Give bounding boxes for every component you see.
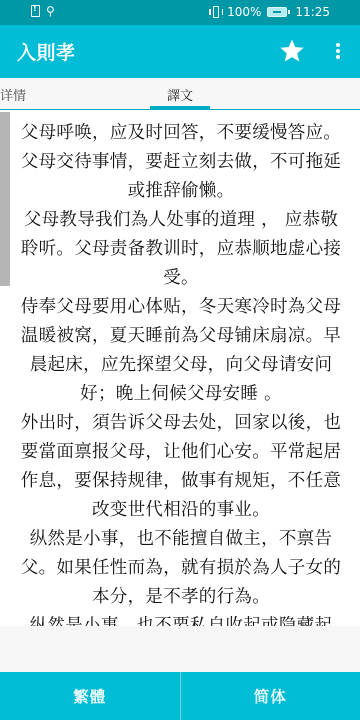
favorite-button[interactable]	[278, 37, 306, 65]
vibrate-icon	[209, 6, 223, 18]
status-right: 100% 11:25	[209, 5, 330, 19]
bottom-bar: 繁體 简体	[0, 672, 360, 720]
paragraph: 纵然是小事，也不要私自收起或隐藏起来，如	[0, 612, 360, 626]
paragraph: 父母交待事情，要赶立刻去做，不可拖延或推辞偷懒。	[0, 148, 360, 206]
more-vert-icon	[330, 37, 346, 65]
status-left-icons: ⚲	[31, 5, 55, 17]
star-icon	[278, 37, 306, 65]
paragraph: 外出时，須告诉父母去处，回家以後，也要當面禀报父母，让他们心安。平常起居作息，要…	[0, 409, 360, 525]
tab-indicator	[150, 106, 210, 109]
footer-spacer	[0, 626, 360, 672]
app-bar: 入則孝	[0, 25, 360, 78]
page-title: 入則孝	[17, 38, 76, 65]
tab-translation[interactable]: 譯文	[167, 85, 193, 104]
traditional-chinese-button[interactable]: 繁體	[0, 672, 180, 720]
paragraph: 父母呼唤，应及时回答，不要缓慢答应。	[0, 119, 360, 148]
battery-percent: 100%	[227, 5, 261, 19]
usb-icon: ⚲	[46, 5, 55, 17]
sd-card-alert-icon	[31, 5, 40, 17]
tab-bar: 详情 譯文	[0, 78, 360, 110]
translation-content[interactable]: 父母呼唤，应及时回答，不要缓慢答应。 父母交待事情，要赶立刻去做，不可拖延或推辞…	[0, 111, 360, 626]
status-bar: ⚲ 100% 11:25	[0, 0, 360, 25]
more-options-button[interactable]	[330, 37, 346, 65]
paragraph: 纵然是小事，也不能擅自做主，不禀告父。如果任性而為，就有损於為人子女的本分，是不…	[0, 525, 360, 612]
paragraph: 侍奉父母要用心体贴，冬天寒冷时為父母温暖被窝，夏天睡前為父母铺床扇凉。早晨起床，…	[0, 293, 360, 409]
clock: 11:25	[295, 5, 330, 19]
battery-charging-icon	[267, 7, 287, 17]
tab-detail[interactable]: 详情	[0, 85, 26, 104]
paragraph: 父母教导我们為人处事的道理 ， 应恭敬聆听。父母责备教训时，应恭顺地虚心接受。	[0, 206, 360, 293]
simplified-chinese-button[interactable]: 简体	[181, 672, 360, 720]
